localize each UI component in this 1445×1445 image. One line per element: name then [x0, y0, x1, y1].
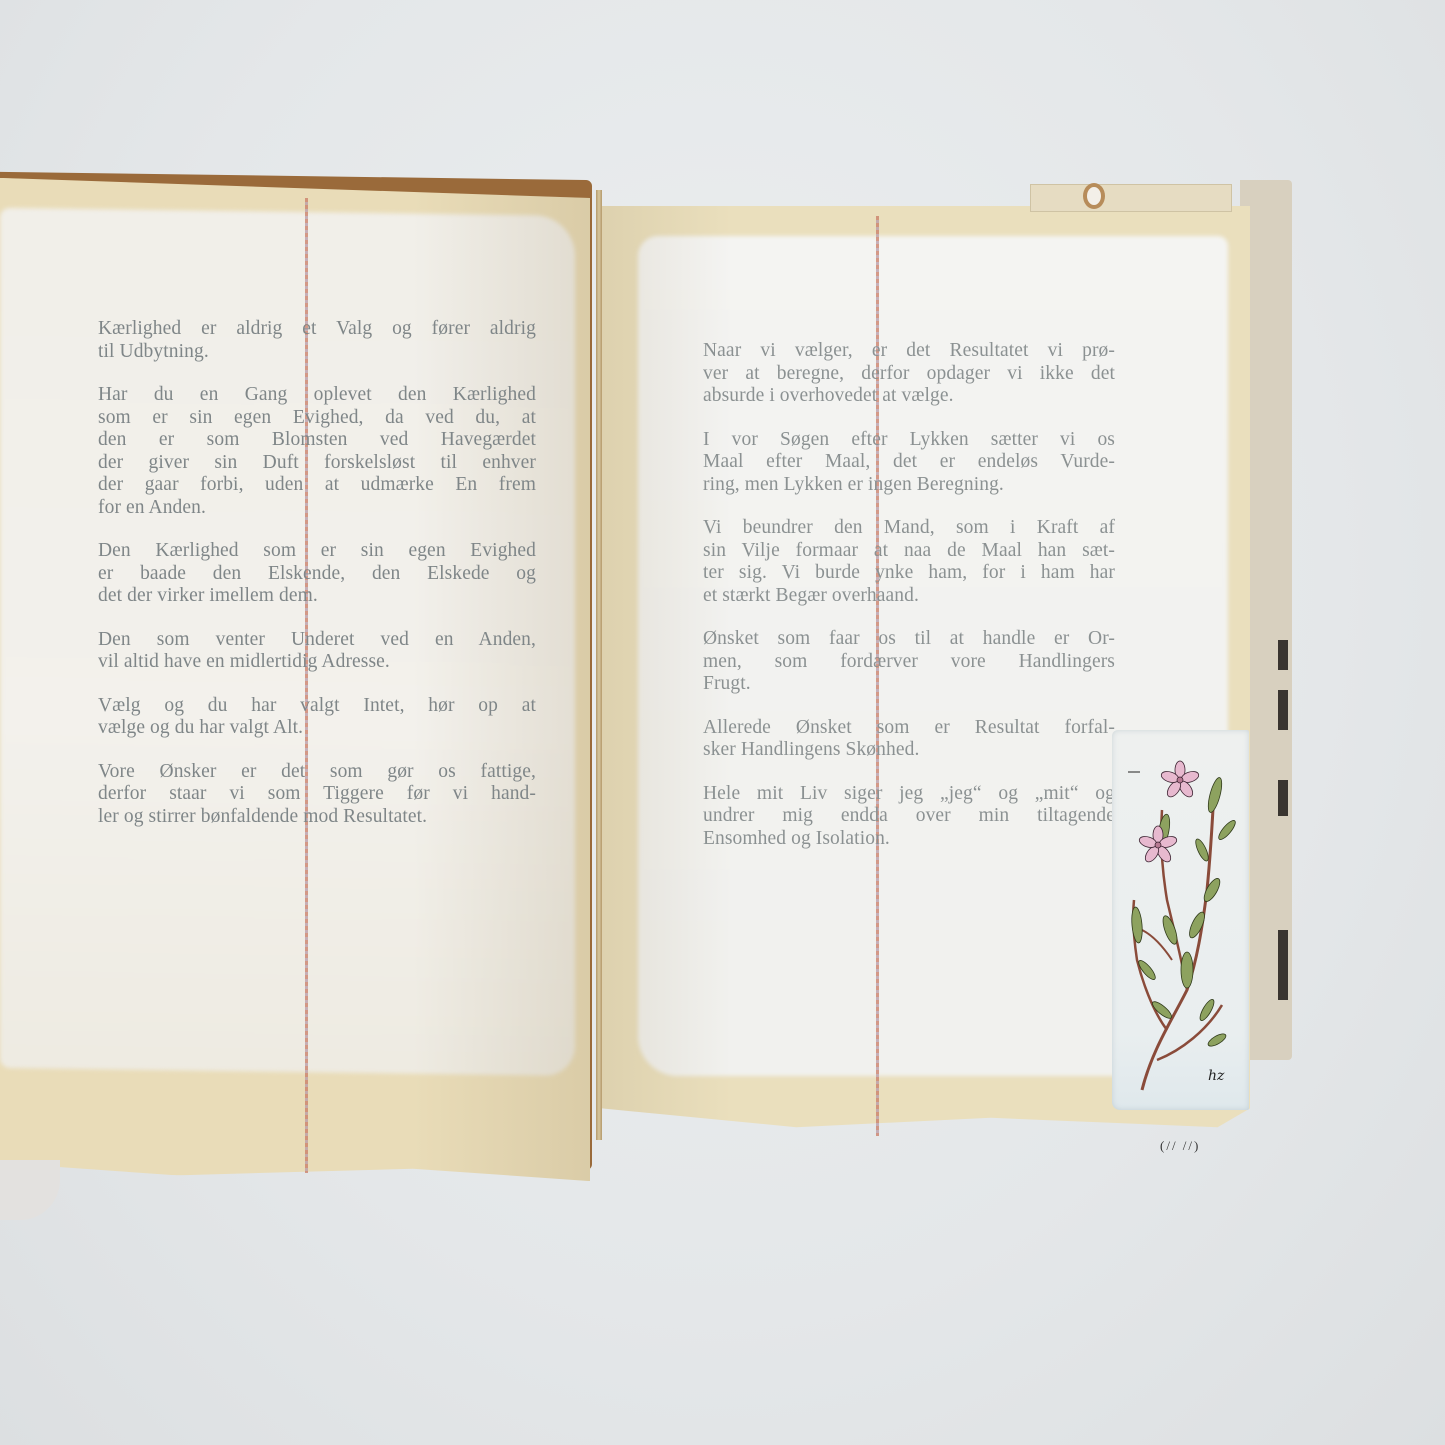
cloth-corner — [0, 1160, 60, 1220]
paragraph: Den Kærlighed som er sin egen Evighed er… — [98, 540, 536, 608]
collage-strip — [1278, 690, 1288, 730]
paragraph: Kærlighed er aldrig et Valg og fører ald… — [98, 318, 536, 363]
open-book: Kærlighed er aldrig et Valg og fører ald… — [0, 0, 1445, 1445]
right-page-text: Naar vi vælger, er det Resultatet vi prø… — [703, 340, 1115, 871]
collage-strip — [1278, 780, 1288, 816]
collage-strip — [1278, 640, 1288, 670]
left-page-text: Kærlighed er aldrig et Valg og fører ald… — [98, 318, 536, 849]
collage-strip — [1278, 930, 1288, 1000]
paragraph: Den som venter Underet ved en Anden, vil… — [98, 629, 536, 674]
artist-signature: hz — [1208, 1068, 1224, 1084]
paragraph: I vor Søgen efter Lykken sætter vi os Ma… — [703, 429, 1115, 497]
paragraph: Allerede Ønsket som er Resultat forfal- … — [703, 717, 1115, 762]
paragraph: Vore Ønsker er det som gør os fattige, d… — [98, 761, 536, 829]
paragraph: Ønsket som faar os til at handle er Or- … — [703, 628, 1115, 696]
paragraph: Har du en Gang oplevet den Kærlighed som… — [98, 384, 536, 519]
lower-scribble: (// //) — [1160, 1138, 1200, 1154]
punched-hole — [1087, 187, 1101, 205]
paragraph: Vælg og du har valgt Intet, hør op at væ… — [98, 695, 536, 740]
campion-flower-icon — [1112, 730, 1249, 1110]
page-tab — [1030, 184, 1232, 212]
paragraph: Vi beundrer den Mand, som i Kraft af sin… — [703, 517, 1115, 607]
flower-illustration-card — [1112, 730, 1249, 1110]
paragraph: Hele mit Liv siger jeg „jeg“ og „mit“ og… — [703, 783, 1115, 851]
book-spine — [596, 190, 602, 1140]
paragraph: Naar vi vælger, er det Resultatet vi prø… — [703, 340, 1115, 408]
